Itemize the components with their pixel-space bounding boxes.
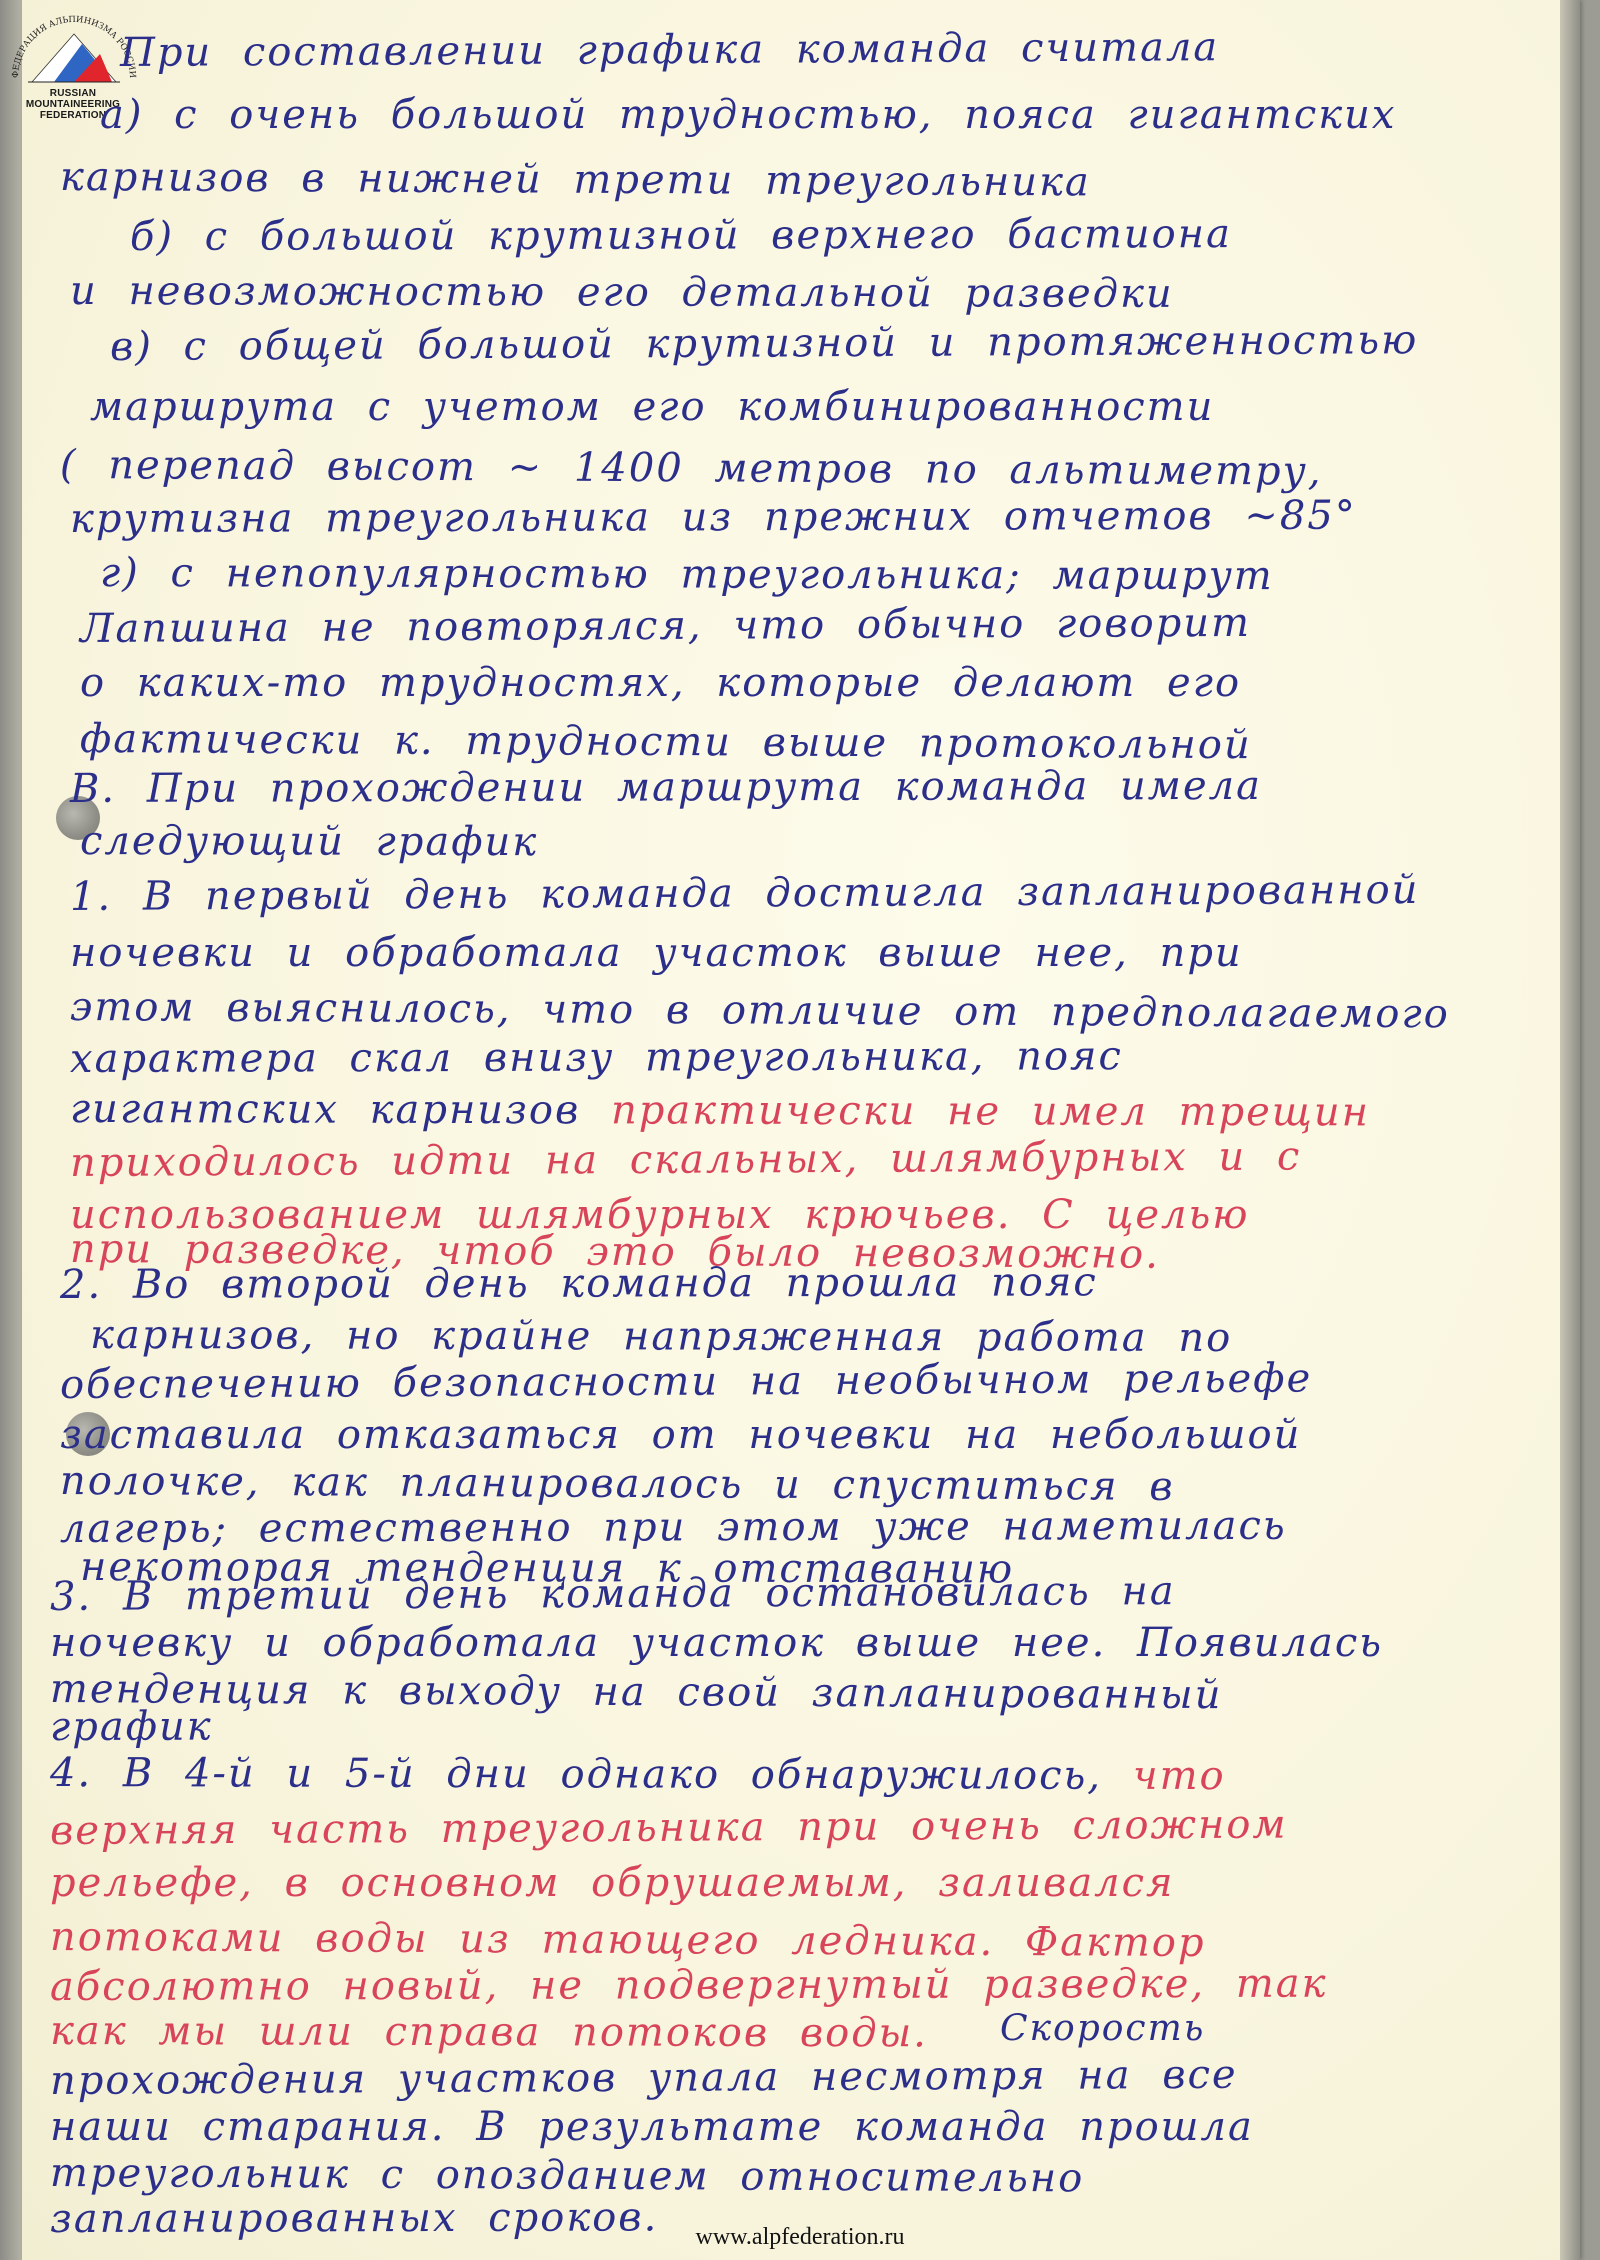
handwritten-line: в) с общей большой крутизной и протяженн… xyxy=(110,317,1419,370)
red-ink-text: практически не имел трещин xyxy=(611,1087,1370,1135)
blue-ink-text: карнизов, но крайне напряженная работа п… xyxy=(90,1312,1232,1361)
blue-ink-text: 1. В первый день команда достигла заплан… xyxy=(70,867,1420,920)
blue-ink-text: При составлении графика команда считала xyxy=(120,24,1219,76)
handwritten-line: гигантских карнизов практически не имел … xyxy=(70,1086,1370,1135)
red-ink-text: рельефе, в основном обрушаемым, заливалс… xyxy=(50,1860,1175,1906)
handwritten-line: ( перепад высот ~ 1400 метров по альтиме… xyxy=(60,442,1323,495)
handwritten-line: рельефе, в основном обрушаемым, заливалс… xyxy=(50,1860,1175,1906)
handwritten-line: верхняя часть треугольника при очень сло… xyxy=(50,1802,1288,1854)
blue-ink-text: полочке, как планировалось и спуститься … xyxy=(60,1458,1175,1510)
handwritten-line: 1. В первый день команда достигла заплан… xyxy=(70,867,1420,920)
handwritten-line: В. При прохождении маршрута команда имел… xyxy=(70,763,1262,812)
red-ink-text: что xyxy=(1133,1753,1226,1799)
blue-ink-text: а) с очень большой трудностью, пояса гиг… xyxy=(100,92,1396,138)
blue-ink-text: и невозможностью его детальной разведки xyxy=(70,268,1174,317)
handwritten-line: а) с очень большой трудностью, пояса гиг… xyxy=(100,92,1396,138)
red-ink-text: приходилось идти на скальных, шлямбурных… xyxy=(70,1134,1302,1186)
blue-ink-text: характера скал внизу треугольника, пояс xyxy=(70,1033,1123,1082)
blue-ink-text: этом выяснилось, что в отличие от предпо… xyxy=(70,984,1450,1037)
handwritten-line: карнизов, но крайне напряженная работа п… xyxy=(90,1312,1232,1361)
red-ink-text: верхняя часть треугольника при очень сло… xyxy=(50,1802,1288,1854)
blue-ink-text: г) с непопулярностью треугольника; маршр… xyxy=(100,550,1274,599)
blue-ink-text: обеспечению безопасности на необычном ре… xyxy=(60,1355,1312,1408)
handwritten-line: приходилось идти на скальных, шлямбурных… xyxy=(70,1134,1302,1186)
blue-ink-text: Лапшина не повторялся, что обычно говори… xyxy=(80,600,1251,652)
footer-url: www.alpfederation.ru xyxy=(0,2224,1600,2251)
handwritten-line: карнизов в нижней трети треугольника xyxy=(60,154,1091,205)
blue-ink-text: тенденция к выходу на свой запланированн… xyxy=(50,1666,1223,1718)
blue-ink-text: 4. В 4-й и 5-й дни однако обнаружилось, xyxy=(50,1750,1133,1799)
blue-ink-text: ( перепад высот ~ 1400 метров по альтиме… xyxy=(60,442,1323,495)
handwritten-line: 3. В третий день команда остановилась на xyxy=(50,1568,1176,1620)
blue-ink-text: ночевку и обработала участок выше нее. П… xyxy=(50,1620,1383,1666)
handwritten-line: характера скал внизу треугольника, пояс xyxy=(70,1033,1123,1082)
handwritten-line: обеспечению безопасности на необычном ре… xyxy=(60,1355,1312,1408)
handwritten-line: абсолютно новый, не подвергнутый разведк… xyxy=(50,1961,1328,2010)
handwritten-line: о каких-то трудностях, которые делают ег… xyxy=(80,660,1241,706)
margin-note: Скорость xyxy=(1000,2008,1205,2049)
blue-ink-text: заставила отказаться от ночевки на небол… xyxy=(60,1412,1301,1458)
handwritten-line: заставила отказаться от ночевки на небол… xyxy=(60,1412,1301,1458)
handwritten-line: график xyxy=(50,1704,213,1750)
blue-ink-text: б) с большой крутизной верхнего бастиона xyxy=(130,211,1232,260)
handwritten-line: ночевку и обработала участок выше нее. П… xyxy=(50,1620,1383,1666)
blue-ink-text: гигантских карнизов xyxy=(70,1086,611,1133)
handwritten-line: 2. Во второй день команда прошла пояс xyxy=(60,1259,1098,1308)
blue-ink-text: ночевки и обработала участок выше нее, п… xyxy=(70,930,1243,976)
handwritten-line: крутизна треугольника из прежних отчетов… xyxy=(70,493,1357,542)
blue-ink-text: график xyxy=(50,1704,213,1750)
handwritten-line: наши старания. В результате команда прош… xyxy=(50,2104,1254,2150)
handwritten-line: прохождения участков упала несмотря на в… xyxy=(50,2052,1238,2104)
blue-ink-text: в) с общей большой крутизной и протяженн… xyxy=(110,317,1419,370)
handwritten-line: следующий график xyxy=(80,818,538,865)
handwritten-line: б) с большой крутизной верхнего бастиона xyxy=(130,211,1232,260)
handwritten-line: 4. В 4-й и 5-й дни однако обнаружилось, … xyxy=(50,1750,1226,1799)
handwritten-line: фактически к. трудности выше протокольно… xyxy=(80,716,1252,768)
blue-ink-text: крутизна треугольника из прежних отчетов… xyxy=(70,493,1357,542)
handwritten-line: При составлении графика команда считала xyxy=(120,24,1219,76)
blue-ink-text: фактически к. трудности выше протокольно… xyxy=(80,716,1252,768)
handwritten-line: г) с непопулярностью треугольника; маршр… xyxy=(100,550,1274,599)
handwritten-line: ночевки и обработала участок выше нее, п… xyxy=(70,930,1243,976)
handwritten-line: полочке, как планировалось и спуститься … xyxy=(60,1458,1175,1510)
blue-ink-text: В. При прохождении маршрута команда имел… xyxy=(70,763,1262,812)
blue-ink-text: 2. Во второй день команда прошла пояс xyxy=(60,1259,1098,1308)
red-ink-text: потоками воды из тающего ледника. Фактор xyxy=(50,1914,1206,1966)
blue-ink-text: прохождения участков упала несмотря на в… xyxy=(50,2052,1238,2104)
handwritten-line: и невозможностью его детальной разведки xyxy=(70,268,1174,317)
red-ink-text: как мы шли справа потоков воды. xyxy=(50,2008,928,2056)
handwritten-line: Лапшина не повторялся, что обычно говори… xyxy=(80,600,1251,652)
blue-ink-text: наши старания. В результате команда прош… xyxy=(50,2104,1254,2150)
blue-ink-text: карнизов в нижней трети треугольника xyxy=(60,154,1091,205)
handwritten-line: как мы шли справа потоков воды. xyxy=(50,2008,928,2056)
red-ink-text: абсолютно новый, не подвергнутый разведк… xyxy=(50,1961,1328,2010)
blue-ink-text: о каких-то трудностях, которые делают ег… xyxy=(80,660,1241,706)
handwritten-line: маршрута с учетом его комбинированности xyxy=(90,384,1214,430)
blue-ink-text: маршрута с учетом его комбинированности xyxy=(90,384,1214,430)
handwritten-line: этом выяснилось, что в отличие от предпо… xyxy=(70,984,1450,1037)
handwritten-line: потоками воды из тающего ледника. Фактор xyxy=(50,1914,1206,1966)
handwritten-text-body: При составлении графика команда считалаа… xyxy=(0,0,1600,2260)
blue-ink-text: 3. В третий день команда остановилась на xyxy=(50,1568,1176,1620)
handwritten-line: тенденция к выходу на свой запланированн… xyxy=(50,1666,1223,1718)
blue-ink-text: следующий график xyxy=(80,818,538,865)
